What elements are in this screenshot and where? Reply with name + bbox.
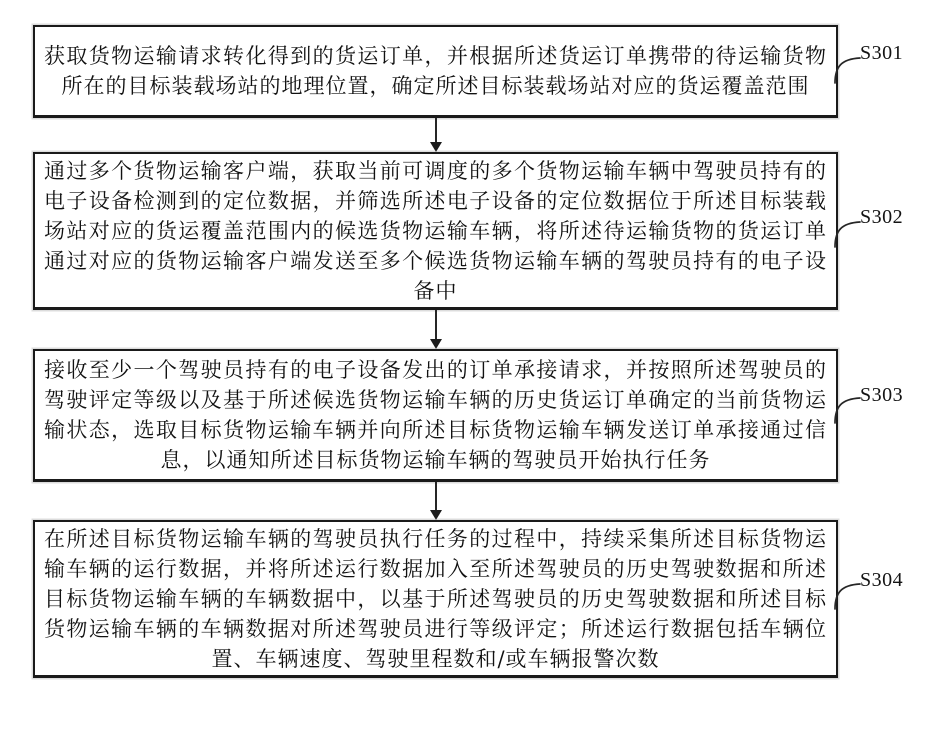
step-label-s303: S303 [860,384,903,407]
step-text-s303: 接收至少一个驾驶员持有的电子设备发出的订单承接请求，并按照所述驾驶员的驾驶评定等… [44,355,827,475]
step-box-s301: 获取货物运输请求转化得到的货运订单，并根据所述货运订单携带的待运输货物所在的目标… [33,25,838,118]
step-text-s302: 通过多个货物运输客户端，获取当前可调度的多个货物运输车辆中驾驶员持有的电子设备检… [44,156,827,306]
step-label-s301: S301 [860,42,903,65]
step-text-s304: 在所述目标货物运输车辆的驾驶员执行任务的过程中，持续采集所述目标货物运输车辆的运… [44,524,827,674]
flowchart-page: 获取货物运输请求转化得到的货运订单，并根据所述货运订单携带的待运输货物所在的目标… [0,0,927,743]
arrow-head [430,142,442,152]
step-text-s301: 获取货物运输请求转化得到的货运订单，并根据所述货运订单携带的待运输货物所在的目标… [44,41,827,101]
leader-curve-icon [833,216,861,248]
step-box-s302: 通过多个货物运输客户端，获取当前可调度的多个货物运输车辆中驾驶员持有的电子设备检… [33,152,838,310]
arrow-stem [435,118,437,142]
step-label-s302: S302 [860,206,903,229]
down-arrow-icon [429,118,442,152]
arrow-head [430,510,442,520]
step-box-s303: 接收至少一个驾驶员持有的电子设备发出的订单承接请求，并按照所述驾驶员的驾驶评定等… [33,349,838,482]
down-arrow-icon [429,310,442,349]
leader-curve-icon [833,52,861,84]
leader-curve-icon [833,392,861,424]
down-arrow-icon [429,482,442,520]
step-label-s304: S304 [860,569,903,592]
leader-curve-icon [833,578,861,610]
arrow-stem [435,310,437,339]
step-box-s304: 在所述目标货物运输车辆的驾驶员执行任务的过程中，持续采集所述目标货物运输车辆的运… [33,520,838,678]
arrow-stem [435,482,437,510]
arrow-head [430,339,442,349]
